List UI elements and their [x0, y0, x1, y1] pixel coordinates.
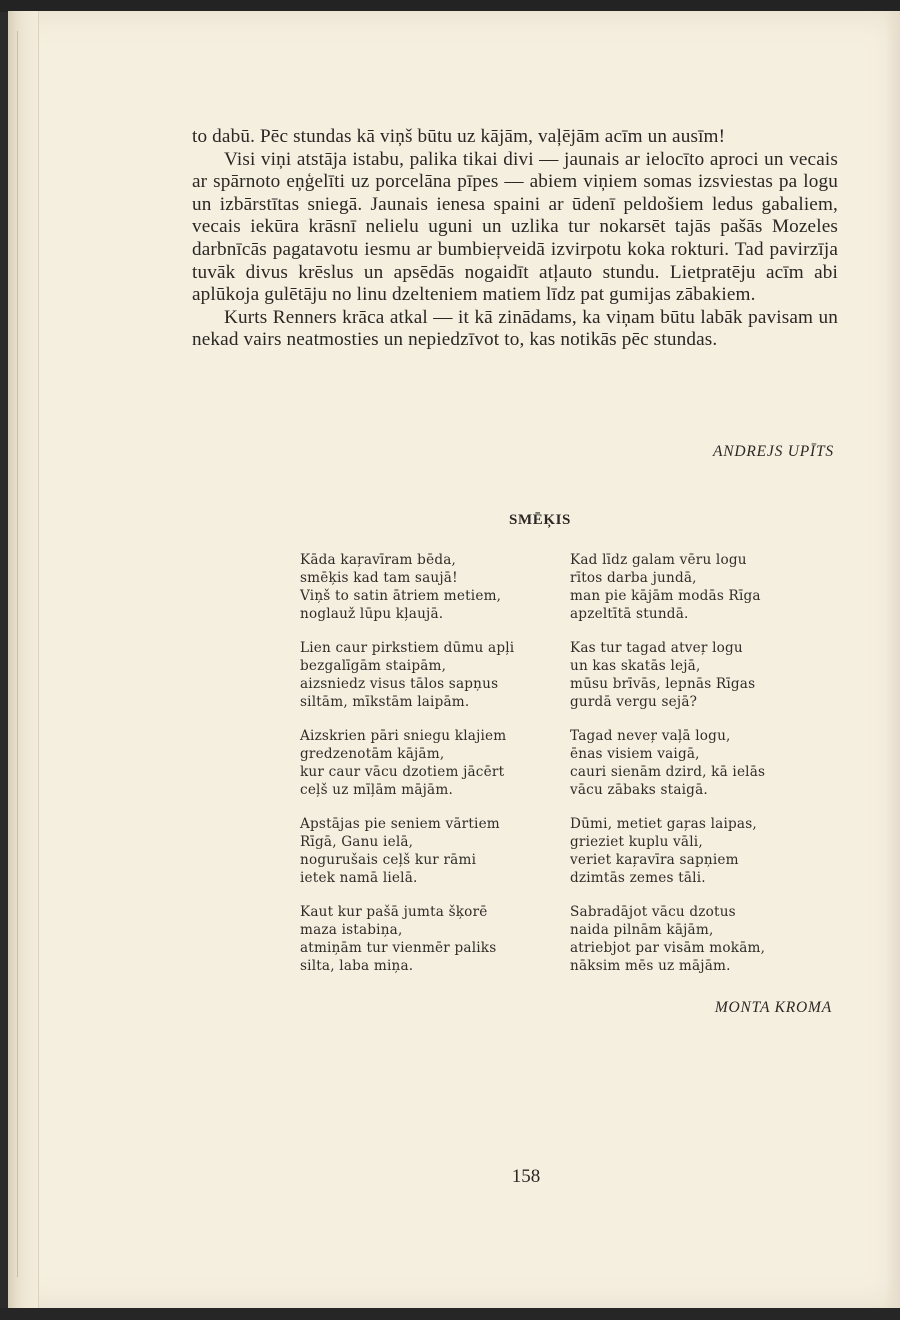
poem-line: Sabradājot vācu dzotus — [570, 903, 840, 921]
poem-line: grieziet kuplu vāli, — [570, 833, 840, 851]
prose-block: to dabū. Pēc stundas kā viņš būtu uz kāj… — [192, 126, 838, 352]
poem-line: dzimtās zemes tāli. — [570, 869, 840, 887]
poem-title: SMĒĶIS — [0, 512, 900, 529]
page-spine-shadow — [8, 11, 39, 1309]
prose-author-signature: ANDREJS UPĪTS — [713, 443, 834, 461]
poem-line: Aizskrien pāri sniegu klajiem — [300, 727, 570, 745]
poem-line: atmiņām tur vienmēr paliks — [300, 939, 570, 957]
poem-line: un kas skatās lejā, — [570, 657, 840, 675]
poem-line: Viņš to satin ātriem metiem, — [300, 587, 570, 605]
page-number: 158 — [0, 1166, 900, 1188]
poem-line: Apstājas pie seniem vārtiem — [300, 815, 570, 833]
poem-line: siltām, mīkstām laipām. — [300, 693, 570, 711]
poem-line: naida pilnām kājām, — [570, 921, 840, 939]
scan-bottom-border — [0, 1308, 900, 1320]
poem-line: Kāda kaŗavīram bēda, — [300, 551, 570, 569]
page-right-edge — [886, 11, 900, 1309]
poem-line: bezgalīgām staipām, — [300, 657, 570, 675]
poem-line: cauri sienām dzird, kā ielās — [570, 763, 840, 781]
prose-paragraph: to dabū. Pēc stundas kā viņš būtu uz kāj… — [192, 126, 838, 149]
poem-line: Dūmi, metiet gaŗas laipas, — [570, 815, 840, 833]
poem-stanza: Apstājas pie seniem vārtiem Rīgā, Ganu i… — [300, 815, 570, 887]
poem-line: vācu zābaks staigā. — [570, 781, 840, 799]
poem-line: ceļš uz mīļām mājām. — [300, 781, 570, 799]
spine-fold-line — [17, 31, 18, 1277]
poem-line: Kas tur tagad atveŗ logu — [570, 639, 840, 657]
poem-line: nogurušais ceļš kur rāmi — [300, 851, 570, 869]
poem-stanza: Kāda kaŗavīram bēda, smēķis kad tam sauj… — [300, 551, 570, 623]
poem-stanza: Kaut kur pašā jumta šķorē maza istabiņa,… — [300, 903, 570, 975]
poem-line: ēnas visiem vaigā, — [570, 745, 840, 763]
poem-line: noglauž lūpu kļaujā. — [300, 605, 570, 623]
poem-line: man pie kājām modās Rīga — [570, 587, 840, 605]
scanned-book-page: to dabū. Pēc stundas kā viņš būtu uz kāj… — [0, 0, 900, 1320]
poem-stanza: Lien caur pirkstiem dūmu apļi bezgalīgām… — [300, 639, 570, 711]
poem-line: gredzenotām kājām, — [300, 745, 570, 763]
poem-stanza: Aizskrien pāri sniegu klajiem gredzenotā… — [300, 727, 570, 799]
poem-right-column: Kad līdz galam vēru logu rītos darba jun… — [570, 551, 840, 991]
poem-line: smēķis kad tam saujā! — [300, 569, 570, 587]
poem-line: Rīgā, Ganu ielā, — [300, 833, 570, 851]
prose-paragraph: Kurts Renners krāca atkal — it kā zināda… — [192, 307, 838, 352]
poem-left-column: Kāda kaŗavīram bēda, smēķis kad tam sauj… — [300, 551, 570, 991]
poem-line: Lien caur pirkstiem dūmu apļi — [300, 639, 570, 657]
poem-stanza: Kad līdz galam vēru logu rītos darba jun… — [570, 551, 840, 623]
poem-line: maza istabiņa, — [300, 921, 570, 939]
poem-author-signature: MONTA KROMA — [715, 999, 832, 1017]
poem-stanza: Tagad neveŗ vaļā logu, ēnas visiem vaigā… — [570, 727, 840, 799]
poem-line: kur caur vācu dzotiem jācērt — [300, 763, 570, 781]
poem-stanza: Sabradājot vācu dzotus naida pilnām kājā… — [570, 903, 840, 975]
poem-stanza: Dūmi, metiet gaŗas laipas, grieziet kupl… — [570, 815, 840, 887]
poem-line: mūsu brīvās, lepnās Rīgas — [570, 675, 840, 693]
poem-line: apzeltītā stundā. — [570, 605, 840, 623]
poem-line: ietek namā lielā. — [300, 869, 570, 887]
poem-stanza: Kas tur tagad atveŗ logu un kas skatās l… — [570, 639, 840, 711]
poem-line: veriet kaŗavīra sapņiem — [570, 851, 840, 869]
poem-line: Kaut kur pašā jumta šķorē — [300, 903, 570, 921]
poem-line: gurdā vergu sejā? — [570, 693, 840, 711]
poem-line: silta, laba miņa. — [300, 957, 570, 975]
poem-line: atriebjot par visām mokām, — [570, 939, 840, 957]
poem-line: aizsniedz visus tālos sapņus — [300, 675, 570, 693]
poem-line: Tagad neveŗ vaļā logu, — [570, 727, 840, 745]
prose-paragraph: Visi viņi atstāja istabu, palika tikai d… — [192, 149, 838, 307]
poem-line: Kad līdz galam vēru logu — [570, 551, 840, 569]
poem-line: rītos darba jundā, — [570, 569, 840, 587]
poem-line: nāksim mēs uz mājām. — [570, 957, 840, 975]
